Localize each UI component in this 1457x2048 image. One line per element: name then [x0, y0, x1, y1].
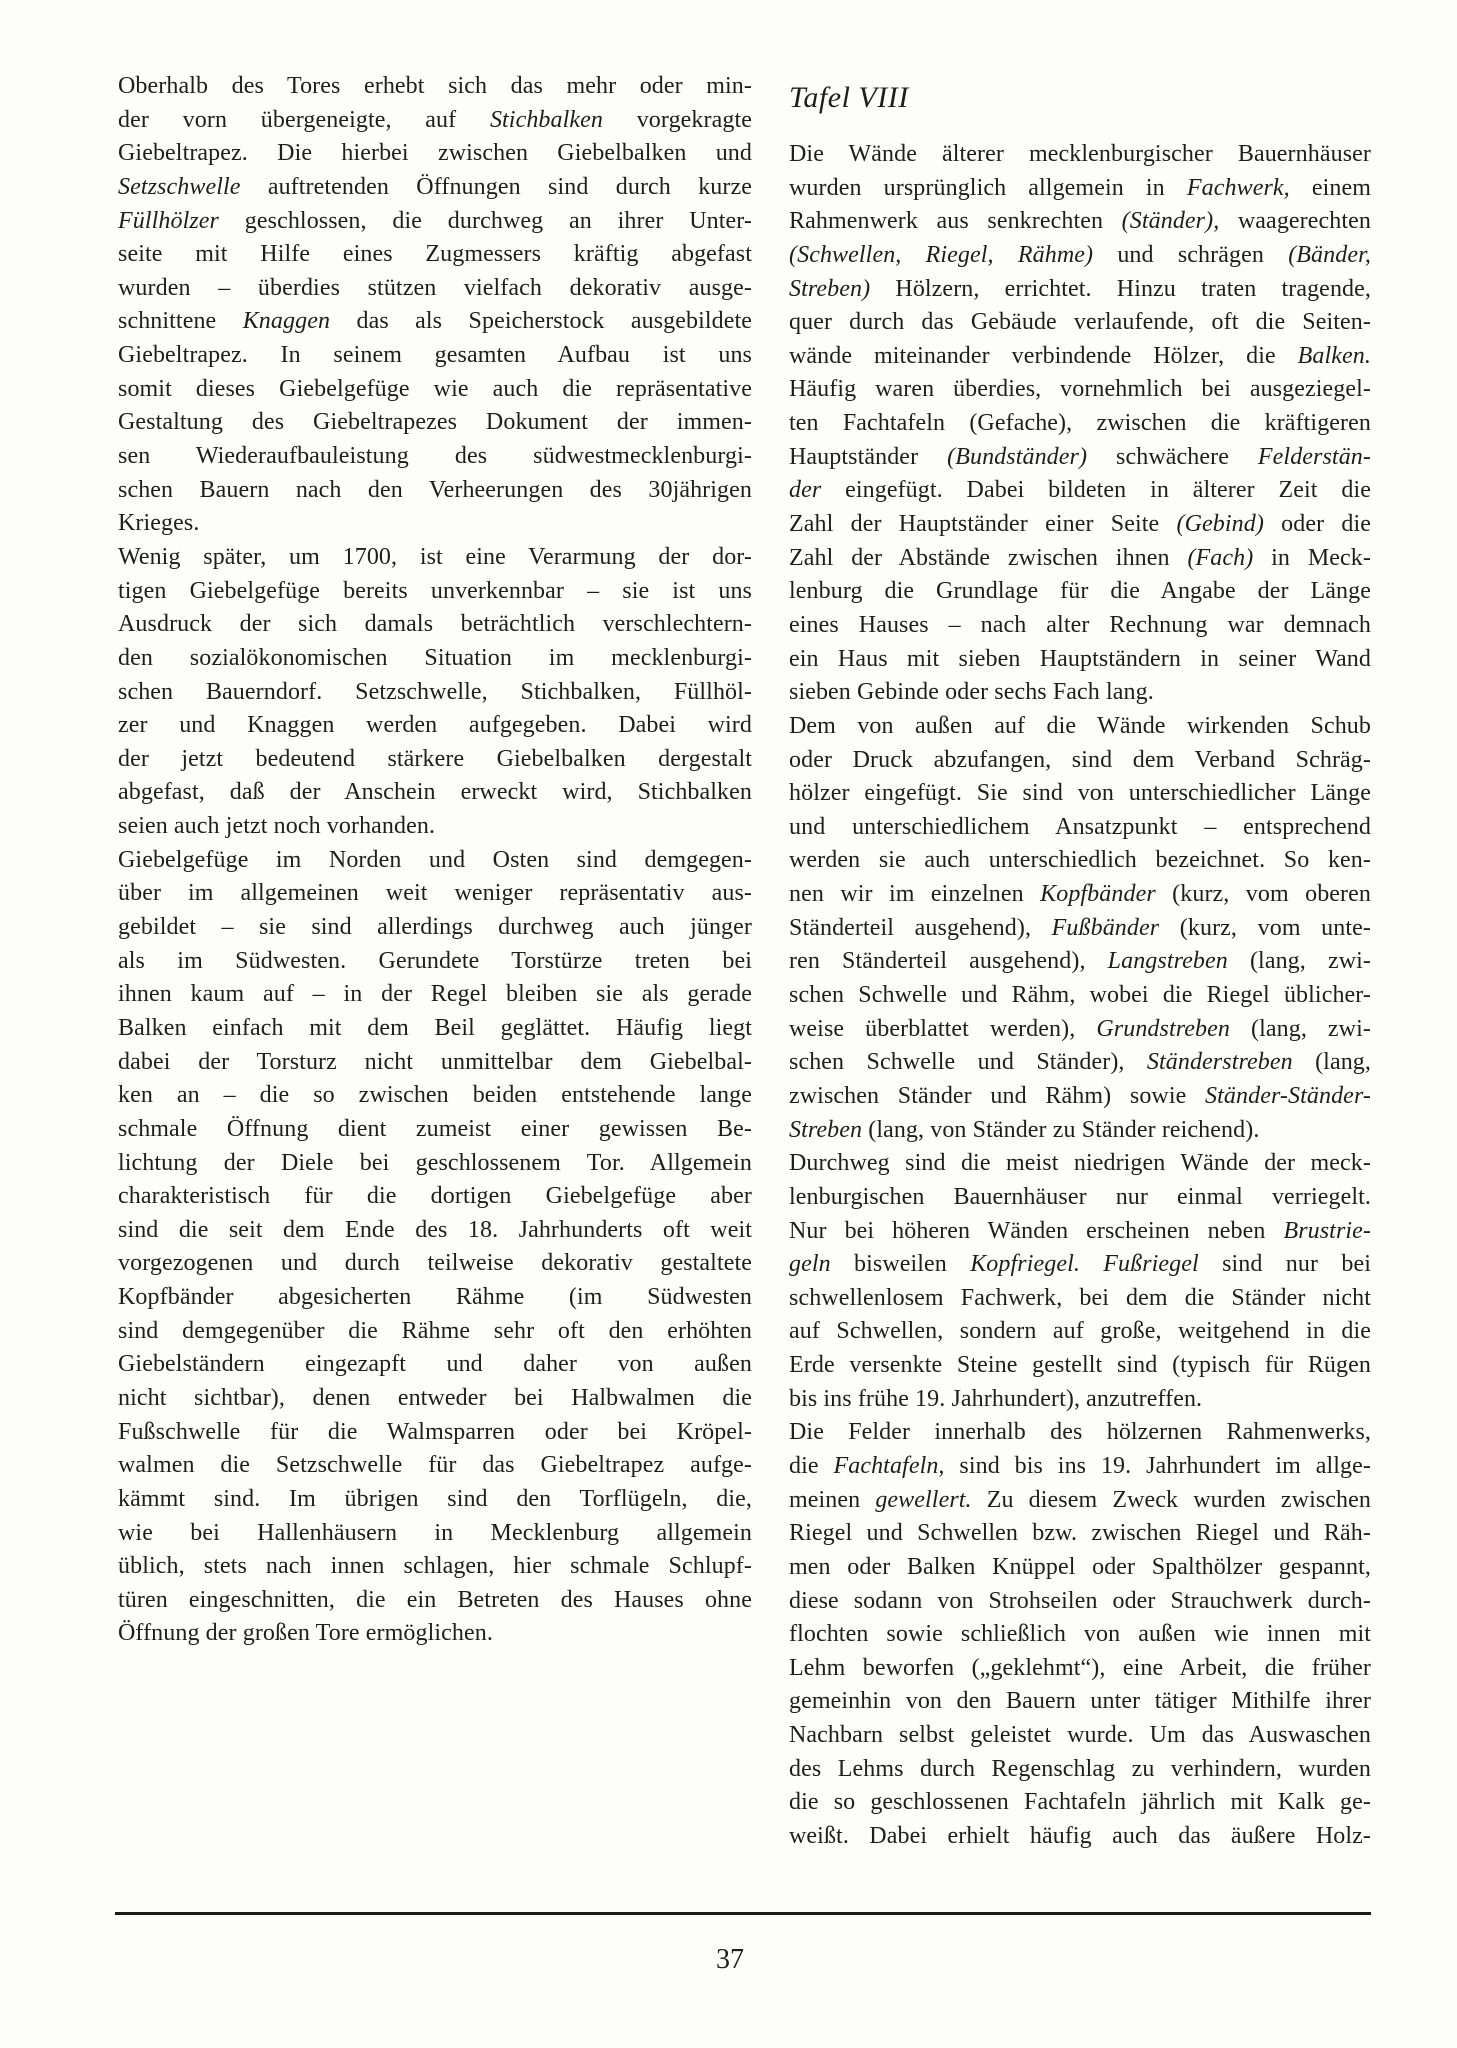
text-run: bis ins frühe 19. Jahrhundert), anzutref… — [789, 1386, 1202, 1412]
italic-term: Felderstän- — [1258, 444, 1371, 470]
text-line: weise überblattet werden), Grundstreben … — [789, 1013, 1371, 1047]
text-line: Krieges. — [118, 507, 752, 541]
italic-term: Knaggen — [243, 308, 330, 334]
text-line: seien auch jetzt noch vorhanden. — [118, 810, 752, 844]
text-run: auf Schwellen, sondern auf große, weitge… — [789, 1318, 1371, 1344]
text-run: Öffnung der großen Tore ermöglichen. — [118, 1620, 493, 1646]
text-line: der jetzt bedeutend stärkere Giebelbalke… — [118, 743, 752, 777]
text-line: wurden – überdies stützen vielfach dekor… — [118, 272, 752, 306]
text-run: eingefügt. Dabei bildeten in älterer Zei… — [821, 477, 1371, 503]
text-line: über im allgemeinen weit weniger repräse… — [118, 877, 752, 911]
text-line: Öffnung der großen Tore ermöglichen. — [118, 1617, 752, 1651]
text-run: sind die seit dem Ende des 18. Jahrhunde… — [118, 1217, 752, 1243]
text-run: (lang, zwi- — [1230, 1016, 1371, 1042]
text-run: schwellenlosem Fachwerk, bei dem die Stä… — [789, 1285, 1371, 1311]
text-run: Zahl der Abstände zwischen ihnen — [789, 545, 1187, 571]
text-line: Giebelgefüge im Norden und Osten sind de… — [118, 844, 752, 878]
text-line: geln bisweilen Kopfriegel. Fußriegel sin… — [789, 1248, 1371, 1282]
text-run: weise überblattet werden), — [789, 1016, 1096, 1042]
text-run: (lang, von Ständer zu Ständer reichend). — [862, 1117, 1259, 1143]
text-line: meinen gewellert. Zu diesem Zweck wurden… — [789, 1484, 1371, 1518]
text-line: wie bei Hallenhäusern in Mecklenburg all… — [118, 1517, 752, 1551]
text-line: Giebeltrapez. In seinem gesamten Aufbau … — [118, 339, 752, 373]
page-number: 37 — [700, 1940, 760, 1980]
text-run: seien auch jetzt noch vorhanden. — [118, 813, 435, 839]
section-heading-tafel: Tafel VIII — [789, 78, 909, 118]
text-line: und unterschiedlichem Ansatzpunkt – ents… — [789, 811, 1371, 845]
text-run: gemeinhin von den Bauern unter tätiger M… — [789, 1688, 1371, 1714]
text-run: Die Felder innerhalb des hölzernen Rahme… — [789, 1419, 1371, 1445]
italic-term: Fachwerk, — [1187, 175, 1290, 201]
text-run: (lang, zwi- — [1228, 948, 1371, 974]
text-line: gebildet – sie sind allerdings durchweg … — [118, 911, 752, 945]
text-run: den sozialökonomischen Situation im meck… — [118, 645, 752, 671]
text-run: geschlossen, die durchweg an ihrer Unter… — [219, 208, 752, 234]
text-line: sind die seit dem Ende des 18. Jahrhunde… — [118, 1214, 752, 1248]
text-run: ein Haus mit sieben Hauptständern in sei… — [789, 646, 1371, 672]
text-line: somit dieses Giebelgefüge wie auch die r… — [118, 373, 752, 407]
text-run: als im Südwesten. Gerundete Torstürze tr… — [118, 948, 752, 974]
text-run: Hauptständer — [789, 444, 947, 470]
text-run: hölzer eingefügt. Sie sind von unterschi… — [789, 780, 1371, 806]
italic-term: Streben — [789, 1117, 862, 1143]
text-line: Kopfbänder abgesicherten Rähme (im Südwe… — [118, 1281, 752, 1315]
text-run: über im allgemeinen weit weniger repräse… — [118, 880, 752, 906]
text-run: (kurz, vom oberen — [1156, 881, 1371, 907]
text-run: ten Fachtafeln (Gefache), zwischen die k… — [789, 410, 1371, 436]
text-run: Zahl der Hauptständer einer Seite — [789, 511, 1176, 537]
text-line: Setzschwelle auftretenden Öffnungen sind… — [118, 171, 752, 205]
text-line: lenburgischen Bauernhäuser nur einmal ve… — [789, 1181, 1371, 1215]
text-run: diese sodann von Strohseilen oder Strauc… — [789, 1588, 1371, 1614]
italic-term: Balken. — [1298, 343, 1371, 369]
text-run: weißt. Dabei erhielt häufig auch das äuß… — [789, 1823, 1371, 1849]
text-line: schen Schwelle und Rähm, wobei die Riege… — [789, 979, 1371, 1013]
text-line: abgefast, daß der Anschein erweckt wird,… — [118, 776, 752, 810]
text-line: Dem von außen auf die Wände wirkenden Sc… — [789, 710, 1371, 744]
text-run: schmale Öffnung dient zumeist einer gewi… — [118, 1116, 752, 1142]
italic-term: Ständer-Ständer- — [1205, 1083, 1371, 1109]
text-run: schen Bauern nach den Verheerungen des 3… — [118, 477, 752, 503]
text-run: die so geschlossenen Fachtafeln jährlich… — [789, 1789, 1371, 1815]
italic-term: Ständerstreben — [1147, 1049, 1293, 1075]
italic-term: Stichbalken — [490, 107, 603, 133]
text-line: zwischen Ständer und Rähm) sowie Ständer… — [789, 1080, 1371, 1114]
text-run: Häufig waren überdies, vornehmlich bei a… — [789, 376, 1371, 402]
text-run: wurden ursprünglich allgemein in — [789, 175, 1187, 201]
text-run: charakteristisch für die dortigen Giebel… — [118, 1183, 752, 1209]
text-line: ein Haus mit sieben Hauptständern in sei… — [789, 643, 1371, 677]
text-run: Hölzern, errichtet. Hinzu traten tragend… — [870, 276, 1371, 302]
text-line: tigen Giebelgefüge bereits unverkennbar … — [118, 575, 752, 609]
text-line: Lehm beworfen („geklehmt“), eine Arbeit,… — [789, 1652, 1371, 1686]
text-line: oder Druck abzufangen, sind dem Verband … — [789, 744, 1371, 778]
text-run: Erde versenkte Steine gestellt sind (typ… — [789, 1352, 1371, 1378]
text-run: Nachbarn selbst geleistet wurde. Um das … — [789, 1722, 1371, 1748]
italic-term: gewellert. — [875, 1487, 971, 1513]
text-run: meinen — [789, 1487, 875, 1513]
text-run: flochten sowie schließlich von außen wie… — [789, 1621, 1371, 1647]
italic-term: geln — [789, 1251, 831, 1277]
text-run: Gestaltung des Giebeltrapezes Dokument d… — [118, 409, 752, 435]
text-line: Giebeltrapez. Die hierbei zwischen Giebe… — [118, 137, 752, 171]
text-line: Durchweg sind die meist niedrigen Wände … — [789, 1147, 1371, 1181]
text-run: Oberhalb des Tores erhebt sich das mehr … — [118, 73, 752, 99]
left-text-column: Oberhalb des Tores erhebt sich das mehr … — [118, 70, 752, 1651]
text-line: den sozialökonomischen Situation im meck… — [118, 642, 752, 676]
text-run: Nur bei höheren Wänden erscheinen neben — [789, 1218, 1283, 1244]
text-run: ihnen kaum auf – in der Regel bleiben si… — [118, 981, 752, 1007]
text-line: auf Schwellen, sondern auf große, weitge… — [789, 1315, 1371, 1349]
text-run: oder die — [1264, 511, 1371, 537]
text-run: schen Bauerndorf. Setzschwelle, Stichbal… — [118, 679, 752, 705]
text-run: Giebelständern eingezapft und daher von … — [118, 1351, 752, 1377]
italic-term: Füllhölzer — [118, 208, 219, 234]
text-line: Oberhalb des Tores erhebt sich das mehr … — [118, 70, 752, 104]
text-run: walmen die Setzschwelle für das Giebeltr… — [118, 1452, 752, 1478]
text-line: Nachbarn selbst geleistet wurde. Um das … — [789, 1719, 1371, 1753]
text-line: Riegel und Schwellen bzw. zwischen Riege… — [789, 1517, 1371, 1551]
text-run: und schrägen — [1093, 242, 1288, 268]
italic-term: (Ständer), — [1122, 208, 1220, 234]
text-line: als im Südwesten. Gerundete Torstürze tr… — [118, 945, 752, 979]
text-run: sieben Gebinde oder sechs Fach lang. — [789, 679, 1154, 705]
italic-term: (Schwellen, Riegel, Rähme) — [789, 242, 1093, 268]
text-line: Die Wände älterer mecklenburgischer Baue… — [789, 138, 1371, 172]
text-run: kämmt sind. Im übrigen sind den Torflüge… — [118, 1486, 752, 1512]
italic-term: Kopfriegel. Fußriegel — [970, 1251, 1199, 1277]
text-line: der eingefügt. Dabei bildeten in älterer… — [789, 474, 1371, 508]
text-run: Zu diesem Zweck wurden zwischen — [972, 1487, 1371, 1513]
text-run: quer durch das Gebäude verlaufende, oft … — [789, 309, 1371, 335]
text-line: lichtung der Diele bei geschlossenem Tor… — [118, 1147, 752, 1181]
text-line: vorgezogenen und durch teilweise dekorat… — [118, 1247, 752, 1281]
text-run: auftretenden Öffnungen sind durch kurze — [241, 174, 752, 200]
text-run: des Lehms durch Regenschlag zu verhinder… — [789, 1756, 1371, 1782]
text-run: die — [789, 1453, 833, 1479]
text-line: men oder Balken Knüppel oder Spalthölzer… — [789, 1551, 1371, 1585]
text-line: hölzer eingefügt. Sie sind von unterschi… — [789, 777, 1371, 811]
text-line: Giebelständern eingezapft und daher von … — [118, 1348, 752, 1382]
text-run: Rahmenwerk aus senkrechten — [789, 208, 1122, 234]
text-run: in Meck- — [1253, 545, 1371, 571]
text-run: sen Wiederaufbauleistung des südwestmeck… — [118, 443, 752, 469]
text-run: (kurz, vom unte- — [1159, 915, 1371, 941]
text-run: ren Ständerteil ausgehend), — [789, 948, 1108, 974]
text-line: eines Hauses – nach alter Rechnung war d… — [789, 609, 1371, 643]
text-run: seite mit Hilfe eines Zugmessers kräftig… — [118, 241, 752, 267]
text-run: ken an – die so zwischen beiden entstehe… — [118, 1082, 752, 1108]
italic-term: (Bänder, — [1288, 242, 1371, 268]
text-run: Dem von außen auf die Wände wirkenden Sc… — [789, 713, 1371, 739]
text-run: Kopfbänder abgesicherten Rähme (im Südwe… — [118, 1284, 752, 1310]
text-line: Rahmenwerk aus senkrechten (Ständer), wa… — [789, 205, 1371, 239]
text-line: üblich, stets nach innen schlagen, hier … — [118, 1550, 752, 1584]
text-line: wände miteinander verbindende Hölzer, di… — [789, 340, 1371, 374]
text-line: Streben) Hölzern, errichtet. Hinzu trate… — [789, 273, 1371, 307]
text-line: diese sodann von Strohseilen oder Strauc… — [789, 1585, 1371, 1619]
text-run: eines Hauses – nach alter Rechnung war d… — [789, 612, 1371, 638]
book-page: Oberhalb des Tores erhebt sich das mehr … — [0, 0, 1457, 2048]
text-run: der jetzt bedeutend stärkere Giebelbalke… — [118, 746, 752, 772]
text-run: einem — [1290, 175, 1371, 201]
text-run: schwächere — [1087, 444, 1258, 470]
italic-term: (Bundständer) — [947, 444, 1087, 470]
text-line: die so geschlossenen Fachtafeln jährlich… — [789, 1786, 1371, 1820]
text-line: türen eingeschnitten, die ein Betreten d… — [118, 1584, 752, 1618]
text-line: Häufig waren überdies, vornehmlich bei a… — [789, 373, 1371, 407]
text-line: Die Felder innerhalb des hölzernen Rahme… — [789, 1416, 1371, 1450]
italic-term: Setzschwelle — [118, 174, 241, 200]
text-run: üblich, stets nach innen schlagen, hier … — [118, 1553, 752, 1579]
text-run: Lehm beworfen („geklehmt“), eine Arbeit,… — [789, 1655, 1371, 1681]
text-run: zwischen Ständer und Rähm) sowie — [789, 1083, 1205, 1109]
text-line: flochten sowie schließlich von außen wie… — [789, 1618, 1371, 1652]
text-line: Wenig später, um 1700, ist eine Verarmun… — [118, 541, 752, 575]
text-run: das als Speicherstock ausgebildete — [330, 308, 752, 334]
text-run: vorgezogenen und durch teilweise dekorat… — [118, 1250, 752, 1276]
italic-term: der — [789, 477, 821, 503]
text-line: zer und Knaggen werden aufgegeben. Dabei… — [118, 709, 752, 743]
text-line: sen Wiederaufbauleistung des südwestmeck… — [118, 440, 752, 474]
italic-term: Streben) — [789, 276, 870, 302]
text-run: Balken einfach mit dem Beil geglättet. H… — [118, 1015, 752, 1041]
text-run: türen eingeschnitten, die ein Betreten d… — [118, 1587, 752, 1613]
text-line: die Fachtafeln, sind bis ins 19. Jahrhun… — [789, 1450, 1371, 1484]
right-text-column: Die Wände älterer mecklenburgischer Baue… — [789, 138, 1371, 1854]
text-run: Krieges. — [118, 510, 199, 536]
text-run: men oder Balken Knüppel oder Spalthölzer… — [789, 1554, 1371, 1580]
text-run: Fußschwelle für die Walmsparren oder bei… — [118, 1419, 752, 1445]
text-line: ihnen kaum auf – in der Regel bleiben si… — [118, 978, 752, 1012]
text-run: bisweilen — [831, 1251, 970, 1277]
text-line: nicht sichtbar), denen entweder bei Halb… — [118, 1382, 752, 1416]
text-line: lenburg die Grundlage für die Angabe der… — [789, 575, 1371, 609]
text-line: Erde versenkte Steine gestellt sind (typ… — [789, 1349, 1371, 1383]
text-run: Wenig später, um 1700, ist eine Verarmun… — [118, 544, 752, 570]
text-line: Hauptständer (Bundständer) schwächere Fe… — [789, 441, 1371, 475]
text-run: wie bei Hallenhäusern in Mecklenburg all… — [118, 1520, 752, 1546]
text-line: kämmt sind. Im übrigen sind den Torflüge… — [118, 1483, 752, 1517]
text-line: sind demgegenüber die Rähme sehr oft den… — [118, 1315, 752, 1349]
text-line: Ständerteil ausgehend), Fußbänder (kurz,… — [789, 912, 1371, 946]
text-run: Durchweg sind die meist niedrigen Wände … — [789, 1150, 1371, 1176]
text-line: Zahl der Abstände zwischen ihnen (Fach) … — [789, 542, 1371, 576]
italic-term: Langstreben — [1108, 948, 1228, 974]
text-run: sind nur bei — [1199, 1251, 1371, 1277]
text-run: gebildet – sie sind allerdings durchweg … — [118, 914, 752, 940]
text-run: dabei der Torsturz nicht unmittelbar dem… — [118, 1049, 752, 1075]
text-line: des Lehms durch Regenschlag zu verhinder… — [789, 1753, 1371, 1787]
text-line: weißt. Dabei erhielt häufig auch das äuß… — [789, 1820, 1371, 1854]
text-line: seite mit Hilfe eines Zugmessers kräftig… — [118, 238, 752, 272]
text-run: lenburg die Grundlage für die Angabe der… — [789, 578, 1371, 604]
text-line: sieben Gebinde oder sechs Fach lang. — [789, 676, 1371, 710]
text-run: zer und Knaggen werden aufgegeben. Dabei… — [118, 712, 752, 738]
text-run: (lang, — [1293, 1049, 1371, 1075]
text-run: der vorn übergeneigte, auf — [118, 107, 490, 133]
text-line: schwellenlosem Fachwerk, bei dem die Stä… — [789, 1282, 1371, 1316]
text-line: gemeinhin von den Bauern unter tätiger M… — [789, 1685, 1371, 1719]
italic-term: Brustrie- — [1283, 1218, 1371, 1244]
italic-term: Kopfbänder — [1040, 881, 1156, 907]
text-line: schnittene Knaggen das als Speicherstock… — [118, 305, 752, 339]
text-line: Streben (lang, von Ständer zu Ständer re… — [789, 1114, 1371, 1148]
text-run: wände miteinander verbindende Hölzer, di… — [789, 343, 1298, 369]
text-line: schen Bauerndorf. Setzschwelle, Stichbal… — [118, 676, 752, 710]
text-line: Ausdruck der sich damals beträchtlich ve… — [118, 608, 752, 642]
text-run: Die Wände älterer mecklenburgischer Baue… — [789, 141, 1371, 167]
text-run: lenburgischen Bauernhäuser nur einmal ve… — [789, 1184, 1371, 1210]
text-run: abgefast, daß der Anschein erweckt wird,… — [118, 779, 752, 805]
text-line: quer durch das Gebäude verlaufende, oft … — [789, 306, 1371, 340]
text-run: Giebelgefüge im Norden und Osten sind de… — [118, 847, 752, 873]
text-line: Gestaltung des Giebeltrapezes Dokument d… — [118, 406, 752, 440]
text-line: werden sie auch unterschiedlich bezeichn… — [789, 844, 1371, 878]
text-run: schen Schwelle und Rähm, wobei die Riege… — [789, 982, 1371, 1008]
text-run: tigen Giebelgefüge bereits unverkennbar … — [118, 578, 752, 604]
text-run: oder Druck abzufangen, sind dem Verband … — [789, 747, 1371, 773]
text-line: (Schwellen, Riegel, Rähme) und schrägen … — [789, 239, 1371, 273]
text-line: wurden ursprünglich allgemein in Fachwer… — [789, 172, 1371, 206]
text-line: dabei der Torsturz nicht unmittelbar dem… — [118, 1046, 752, 1080]
text-line: nen wir im einzelnen Kopfbänder (kurz, v… — [789, 878, 1371, 912]
text-run: Ausdruck der sich damals beträchtlich ve… — [118, 611, 752, 637]
text-run: und unterschiedlichem Ansatzpunkt – ents… — [789, 814, 1371, 840]
text-line: schen Schwelle und Ständer), Ständerstre… — [789, 1046, 1371, 1080]
text-line: schen Bauern nach den Verheerungen des 3… — [118, 474, 752, 508]
text-line: ren Ständerteil ausgehend), Langstreben … — [789, 945, 1371, 979]
italic-term: (Fach) — [1187, 545, 1253, 571]
text-run: vorgekragte — [603, 107, 752, 133]
text-run: schnittene — [118, 308, 243, 334]
text-line: schmale Öffnung dient zumeist einer gewi… — [118, 1113, 752, 1147]
text-line: Nur bei höheren Wänden erscheinen neben … — [789, 1215, 1371, 1249]
text-run: lichtung der Diele bei geschlossenem Tor… — [118, 1150, 752, 1176]
italic-term: Fußbänder — [1052, 915, 1160, 941]
text-run: sind bis ins 19. Jahrhundert im allge- — [945, 1453, 1371, 1479]
text-line: der vorn übergeneigte, auf Stichbalken v… — [118, 104, 752, 138]
text-line: walmen die Setzschwelle für das Giebeltr… — [118, 1449, 752, 1483]
text-run: werden sie auch unterschiedlich bezeichn… — [789, 847, 1371, 873]
text-run: nicht sichtbar), denen entweder bei Halb… — [118, 1385, 752, 1411]
text-line: ten Fachtafeln (Gefache), zwischen die k… — [789, 407, 1371, 441]
text-run: waagerechten — [1219, 208, 1371, 234]
text-run: wurden – überdies stützen vielfach dekor… — [118, 275, 752, 301]
text-run: schen Schwelle und Ständer), — [789, 1049, 1147, 1075]
text-run: Giebeltrapez. Die hierbei zwischen Giebe… — [118, 140, 752, 166]
text-run: somit dieses Giebelgefüge wie auch die r… — [118, 376, 752, 402]
text-run: Riegel und Schwellen bzw. zwischen Riege… — [789, 1520, 1371, 1546]
text-run: sind demgegenüber die Rähme sehr oft den… — [118, 1318, 752, 1344]
text-run: Giebeltrapez. In seinem gesamten Aufbau … — [118, 342, 752, 368]
italic-term: (Gebind) — [1176, 511, 1263, 537]
text-line: Fußschwelle für die Walmsparren oder bei… — [118, 1416, 752, 1450]
italic-term: Fachtafeln, — [833, 1453, 944, 1479]
text-run: Ständerteil ausgehend), — [789, 915, 1052, 941]
italic-term: Grundstreben — [1096, 1016, 1230, 1042]
text-line: Füllhölzer geschlossen, die durchweg an … — [118, 205, 752, 239]
text-line: charakteristisch für die dortigen Giebel… — [118, 1180, 752, 1214]
text-line: bis ins frühe 19. Jahrhundert), anzutref… — [789, 1383, 1371, 1417]
text-line: Zahl der Hauptständer einer Seite (Gebin… — [789, 508, 1371, 542]
text-run: nen wir im einzelnen — [789, 881, 1040, 907]
text-line: Balken einfach mit dem Beil geglättet. H… — [118, 1012, 752, 1046]
footer-rule-divider — [115, 1912, 1371, 1915]
text-line: ken an – die so zwischen beiden entstehe… — [118, 1079, 752, 1113]
